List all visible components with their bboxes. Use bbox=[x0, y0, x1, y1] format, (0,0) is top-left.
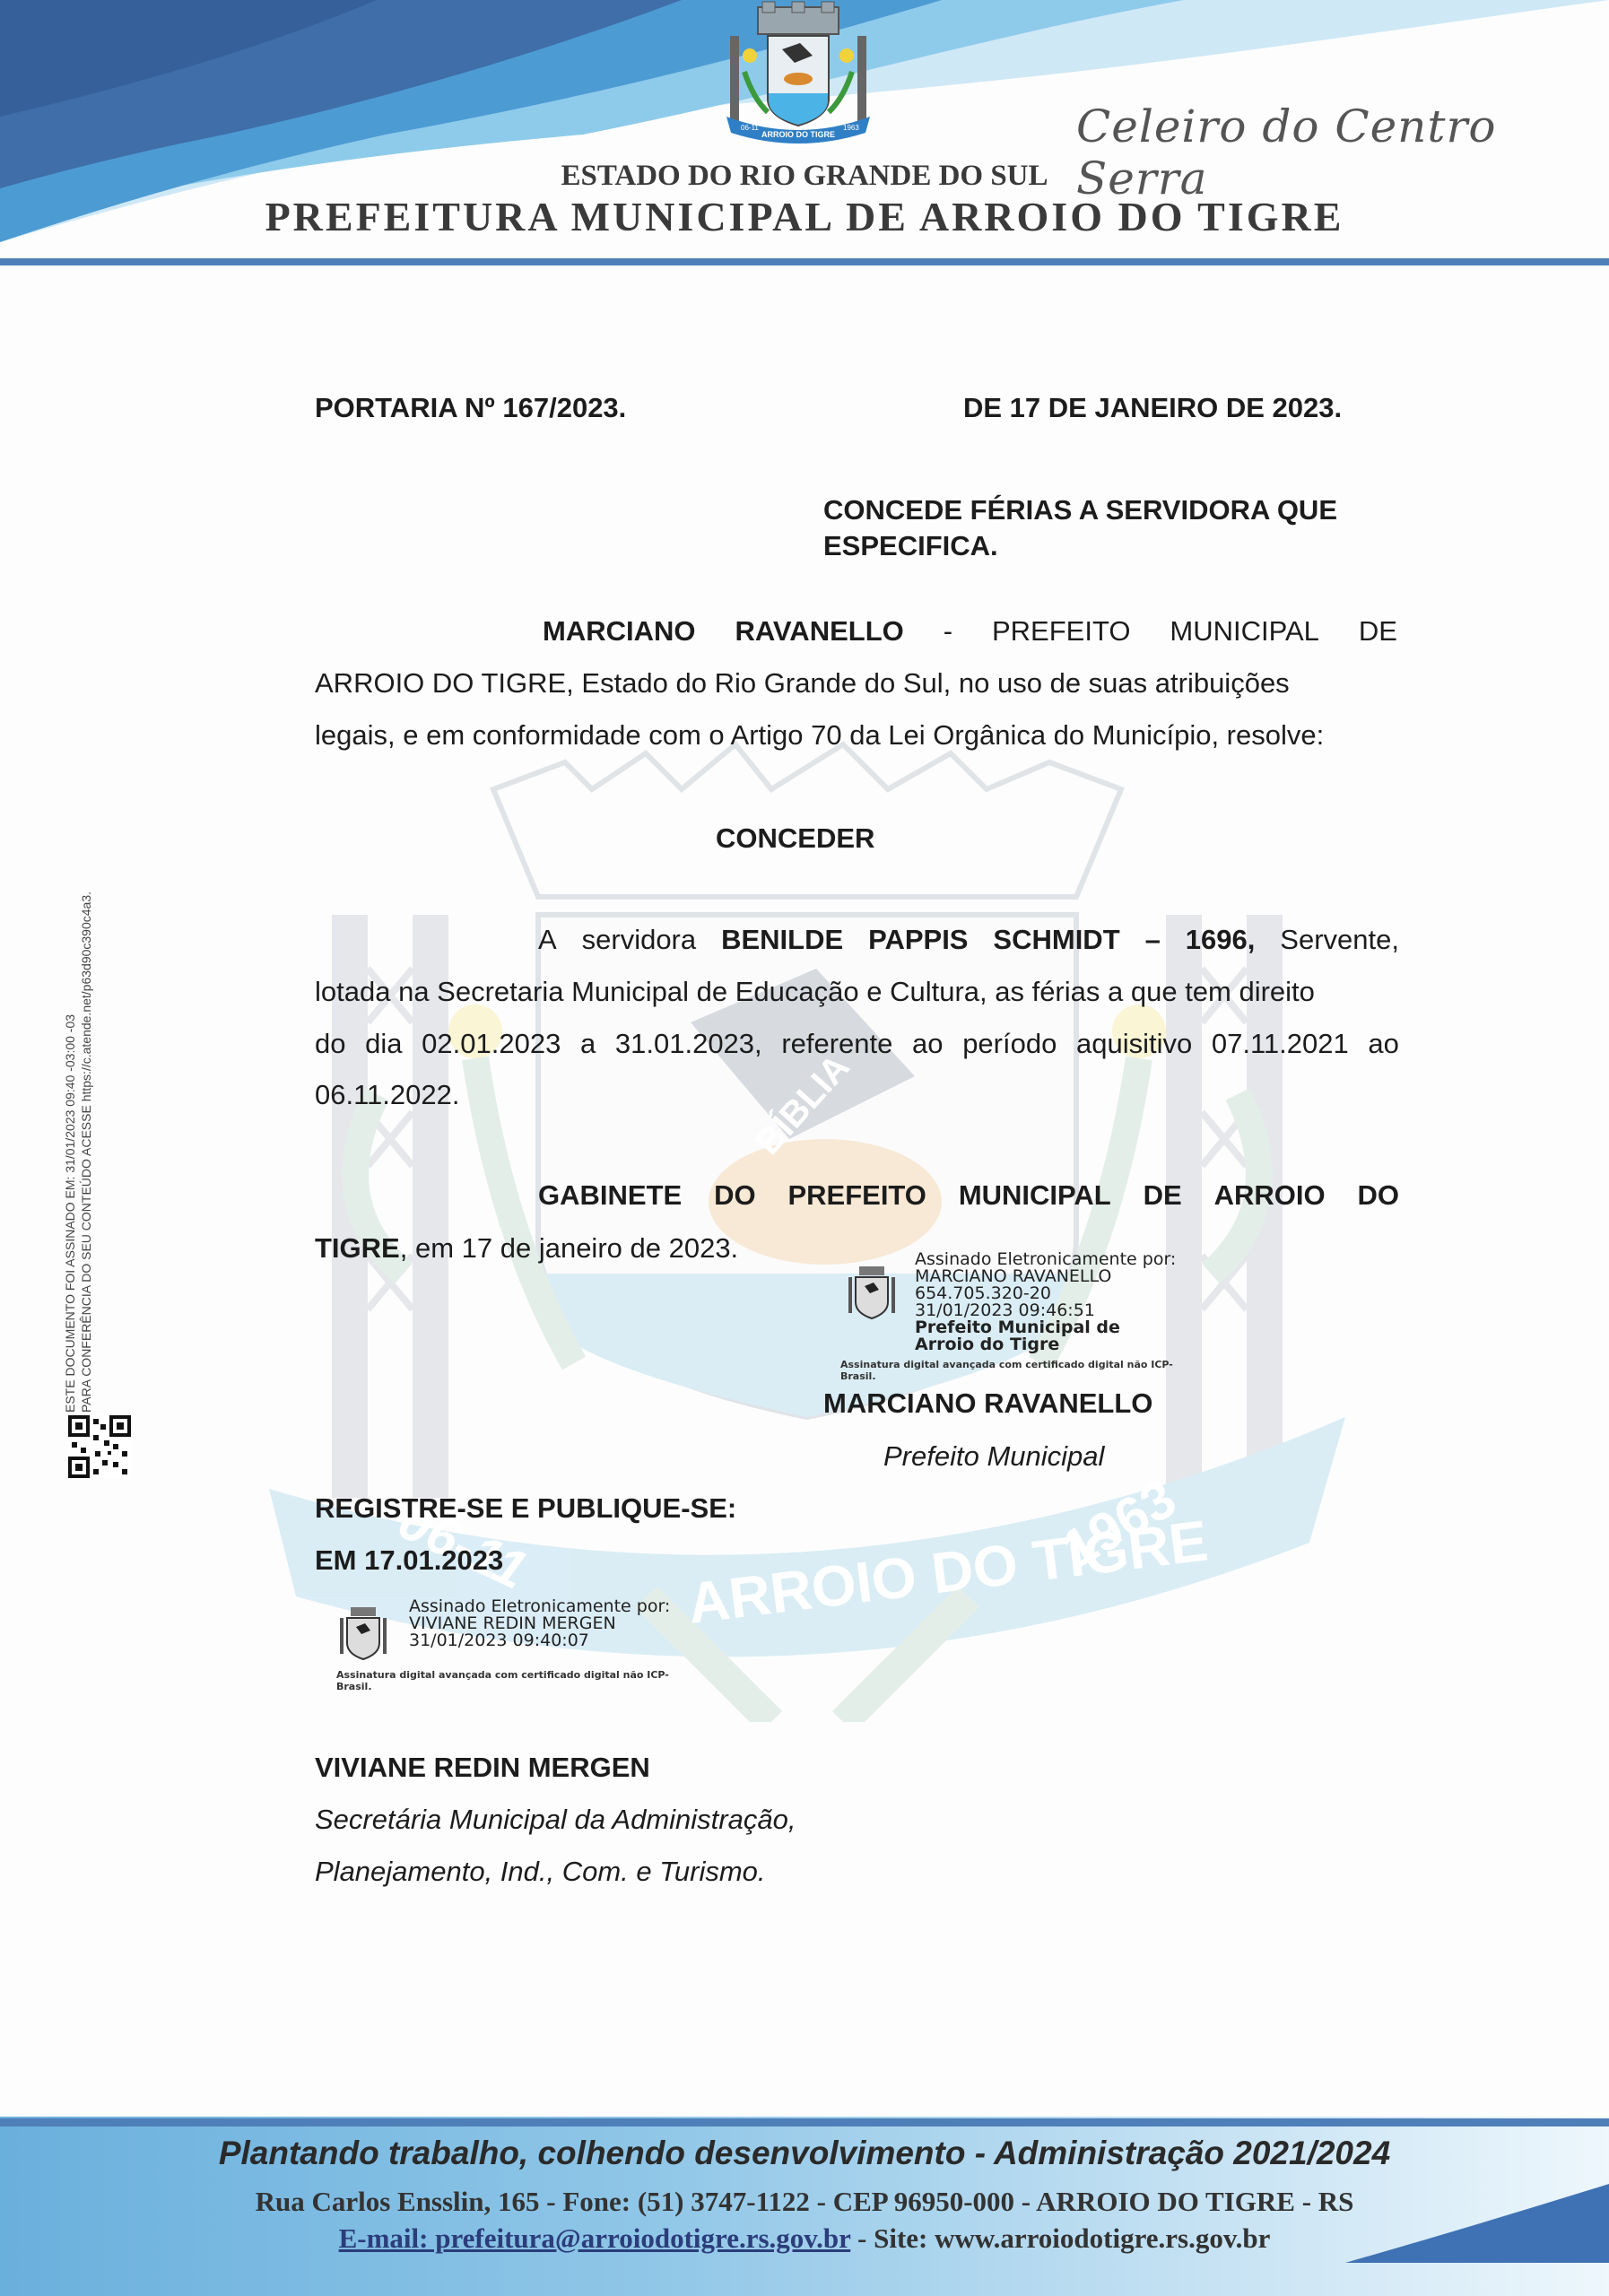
mayor-signature-note: Assinatura digital avançada com certific… bbox=[840, 1359, 1173, 1382]
preamble-line2: ARROIO DO TIGRE, Estado do Rio Grande do… bbox=[315, 667, 1290, 700]
svg-text:ARROIO DO TIGRE: ARROIO DO TIGRE bbox=[761, 130, 835, 139]
footer-separator: - bbox=[850, 2222, 874, 2254]
footer-email-link[interactable]: E-mail: prefeitura@arroiodotigre.rs.gov.… bbox=[339, 2222, 851, 2254]
word: ao bbox=[912, 1028, 943, 1060]
ementa-line2: ESPECIFICA. bbox=[823, 530, 998, 562]
word: GABINETE bbox=[538, 1179, 682, 1212]
body-line4: 06.11.2022. bbox=[315, 1079, 459, 1111]
word: servidora bbox=[582, 924, 697, 956]
word: BENILDE bbox=[721, 924, 843, 956]
secretary-signature-stamp: Assinado Eletronicamente por: VIVIANE RE… bbox=[409, 1598, 670, 1649]
verification-side-stamp: ESTE DOCUMENTO FOI ASSINADO EM: 31/01/20… bbox=[61, 794, 142, 1475]
body-line3: dodia02.01.2023a31.01.2023,referenteaope… bbox=[315, 1028, 1399, 1060]
word: dia bbox=[365, 1028, 402, 1060]
word: - bbox=[944, 615, 952, 648]
word: referente bbox=[781, 1028, 892, 1060]
municipal-crest-icon: ARROIO DO TIGRE 06-11 1963 bbox=[718, 0, 879, 152]
footer-contacts: E-mail: prefeitura@arroiodotigre.rs.gov.… bbox=[0, 2222, 1609, 2255]
prefeitura-title: PREFEITURA MUNICIPAL DE ARROIO DO TIGRE bbox=[0, 193, 1609, 240]
secretary-role-line1: Secretária Municipal da Administração, bbox=[315, 1804, 796, 1836]
secretary-signature-note: Assinatura digital avançada com certific… bbox=[336, 1669, 669, 1692]
footer-divider bbox=[0, 2118, 1609, 2126]
word: DO bbox=[714, 1179, 756, 1212]
footer-address: Rua Carlos Ensslin, 165 - Fone: (51) 374… bbox=[0, 2186, 1609, 2218]
portaria-date: DE 17 DE JANEIRO DE 2023. bbox=[963, 392, 1342, 424]
word: DE bbox=[1359, 615, 1397, 648]
side-stamp-line1: ESTE DOCUMENTO FOI ASSINADO EM: 31/01/20… bbox=[63, 1014, 77, 1413]
qr-code-icon[interactable] bbox=[68, 1415, 131, 1478]
word: PREFEITO bbox=[992, 615, 1130, 648]
state-name: ESTADO DO RIO GRANDE DO SUL bbox=[0, 160, 1609, 193]
signature-seal-icon bbox=[338, 1604, 388, 1663]
word: – bbox=[1145, 924, 1161, 956]
body-line1: AservidoraBENILDEPAPPISSCHMIDT–1696,Serv… bbox=[538, 924, 1399, 956]
header-divider bbox=[0, 258, 1609, 265]
closing-line2: TIGRE, em 17 de janeiro de 2023. bbox=[315, 1232, 738, 1265]
word: 31.01.2023, bbox=[615, 1028, 762, 1060]
side-stamp-line2[interactable]: PARA CONFERÊNCIA DO SEU CONTEÚDO ACESSE … bbox=[79, 891, 93, 1413]
body-line2: lotada na Secretaria Municipal de Educaç… bbox=[315, 976, 1315, 1008]
word: ARROIO bbox=[1214, 1179, 1326, 1212]
secretary-role-line2: Planejamento, Ind., Com. e Turismo. bbox=[315, 1856, 766, 1888]
word: PAPPIS bbox=[868, 924, 968, 956]
word: aquisitivo bbox=[1076, 1028, 1192, 1060]
word: Servente, bbox=[1280, 924, 1399, 956]
word: ao bbox=[1368, 1028, 1398, 1060]
register-label: REGISTRE-SE E PUBLIQUE-SE: bbox=[315, 1492, 736, 1525]
action-heading: CONCEDER bbox=[716, 822, 874, 855]
signature-seal-icon bbox=[847, 1263, 897, 1322]
closing-line1: GABINETEDOPREFEITOMUNICIPALDEARROIODO bbox=[538, 1179, 1399, 1212]
word: MUNICIPAL bbox=[1170, 615, 1319, 648]
word: do bbox=[315, 1028, 345, 1060]
register-date: EM 17.01.2023 bbox=[315, 1544, 503, 1577]
mayor-printed-role: Prefeito Municipal bbox=[883, 1440, 1104, 1473]
mayor-signature-stamp: Assinado Eletronicamente por: MARCIANO R… bbox=[915, 1251, 1176, 1353]
word: MARCIANO bbox=[543, 615, 696, 648]
preamble-line1: MARCIANORAVANELLO-PREFEITOMUNICIPALDE bbox=[543, 615, 1397, 648]
word: DE bbox=[1144, 1179, 1182, 1212]
mayor-printed-name: MARCIANO RAVANELLO bbox=[823, 1387, 1152, 1420]
word: A bbox=[538, 924, 557, 956]
word: 1696, bbox=[1186, 924, 1256, 956]
word: período bbox=[962, 1028, 1057, 1060]
word: SCHMIDT bbox=[993, 924, 1119, 956]
word: PREFEITO bbox=[787, 1179, 926, 1212]
preamble-line3: legais, e em conformidade com o Artigo 7… bbox=[315, 719, 1324, 752]
portaria-number: PORTARIA Nº 167/2023. bbox=[315, 392, 626, 424]
word: MUNICIPAL bbox=[959, 1179, 1111, 1212]
word: 02.01.2023 bbox=[422, 1028, 561, 1060]
footer-slogan: Plantando trabalho, colhendo desenvolvim… bbox=[0, 2135, 1609, 2172]
word: DO bbox=[1358, 1179, 1400, 1212]
secretary-printed-name: VIVIANE REDIN MERGEN bbox=[315, 1752, 650, 1784]
word: 07.11.2021 bbox=[1212, 1028, 1349, 1060]
footer-site-link[interactable]: Site: www.arroiodotigre.rs.gov.br bbox=[874, 2222, 1270, 2254]
ementa-line1: CONCEDE FÉRIAS A SERVIDORA QUE bbox=[823, 494, 1337, 526]
word: RAVANELLO bbox=[735, 615, 903, 648]
svg-text:1963: 1963 bbox=[843, 124, 859, 132]
svg-text:06-11: 06-11 bbox=[741, 124, 759, 132]
word: a bbox=[580, 1028, 596, 1060]
